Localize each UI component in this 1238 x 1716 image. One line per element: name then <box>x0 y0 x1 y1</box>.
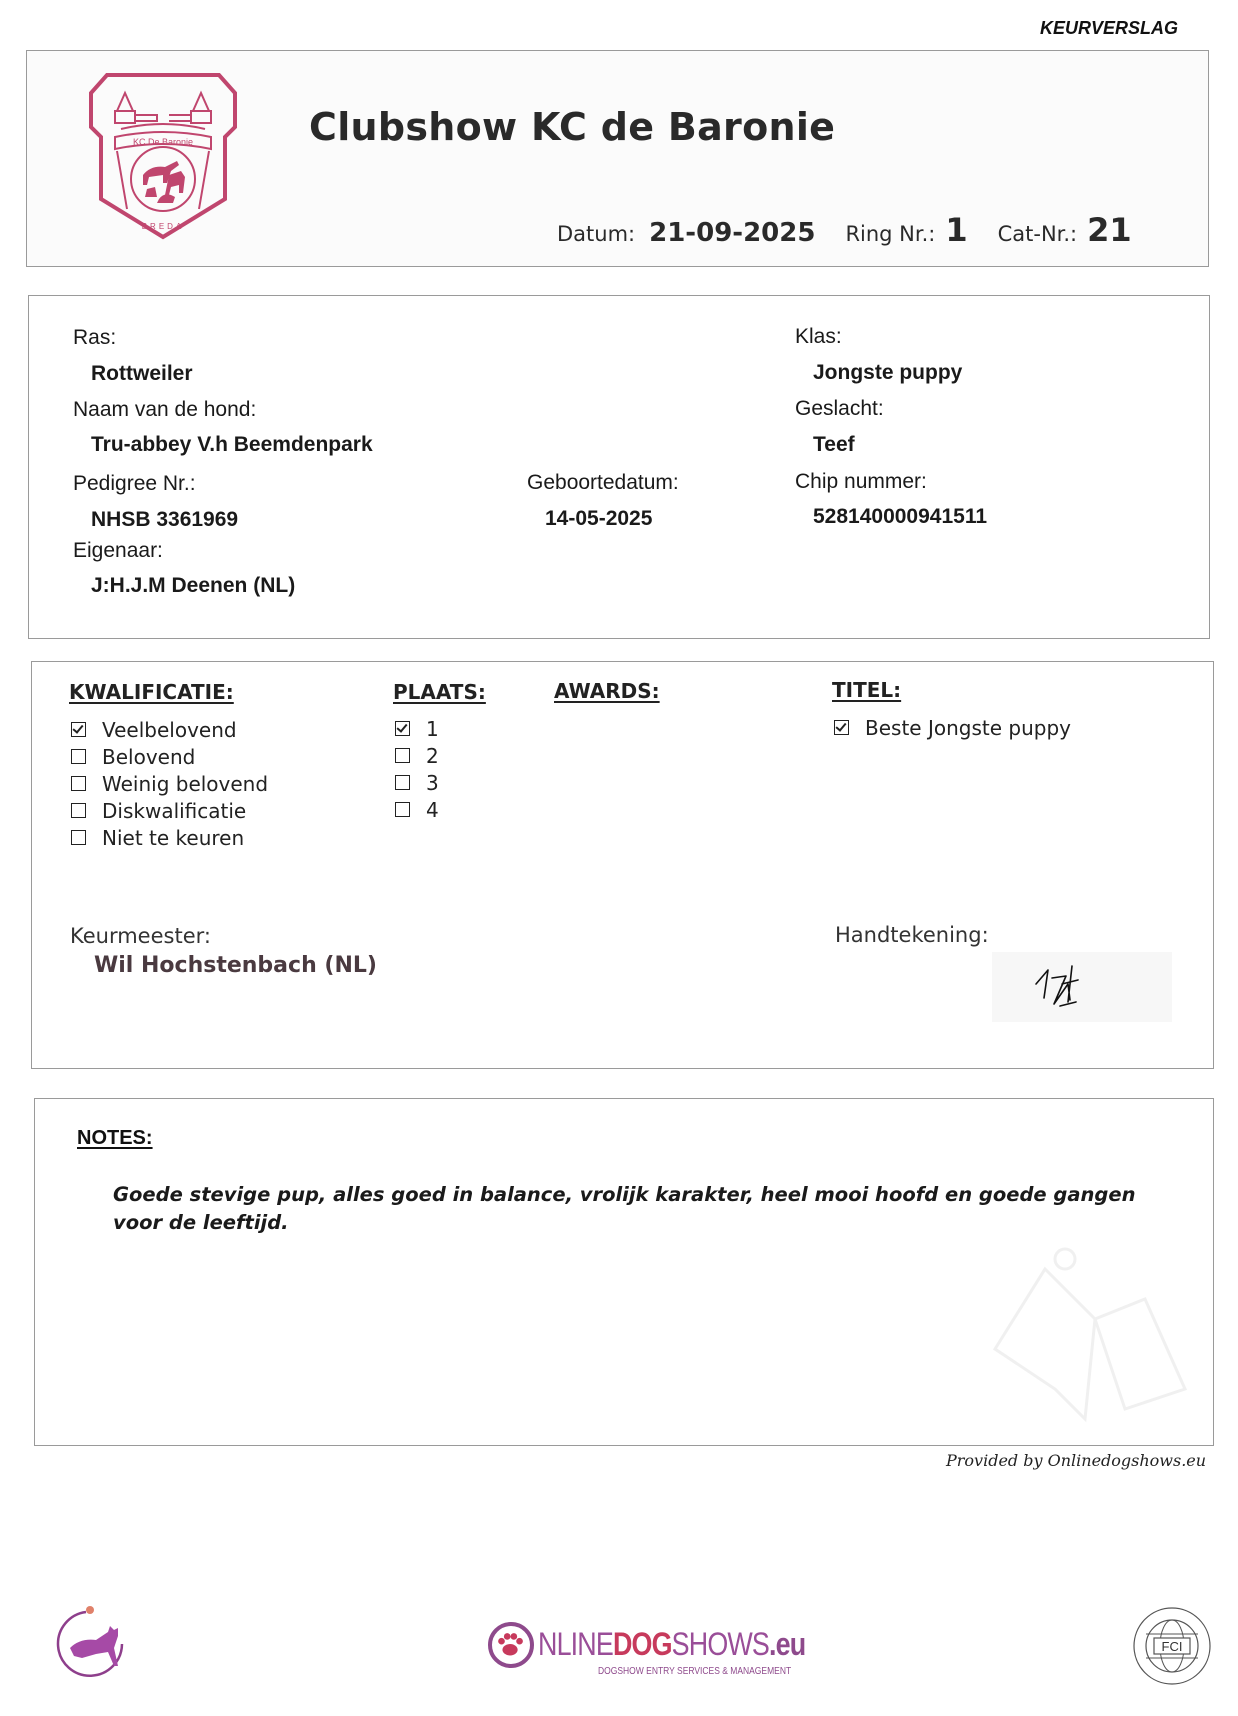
awards-header: AWARDS: <box>554 679 660 703</box>
qualification-option[interactable]: Belovend <box>71 743 268 770</box>
fci-globe-icon: FCI <box>1130 1604 1214 1688</box>
qualification-option[interactable]: Diskwalificatie <box>71 797 268 824</box>
judge-name: Wil Hochstenbach (NL) <box>94 953 377 978</box>
provided-by-text: Provided by Onlinedogshows.eu <box>946 1451 1206 1470</box>
checkbox[interactable] <box>834 720 849 735</box>
breed-value: Rottweiler <box>91 362 193 386</box>
handwritten-signature-icon <box>1032 954 1102 1014</box>
paw-icon <box>488 1622 534 1668</box>
qualification-header: KWALIFICATIE: <box>69 680 234 704</box>
svg-text:KC De Baronie: KC De Baronie <box>133 137 193 147</box>
checkbox[interactable] <box>395 721 410 736</box>
qualification-option[interactable]: Weinig belovend <box>71 770 268 797</box>
place-option[interactable]: 4 <box>395 796 439 823</box>
sex-label: Geslacht: <box>795 397 884 421</box>
place-header: PLAATS: <box>393 680 486 704</box>
judging-section: KWALIFICATIE: Veelbelovend Belovend Wein… <box>31 661 1214 1069</box>
birthdate-label: Geboortedatum: <box>527 471 679 495</box>
svg-text:BREDA: BREDA <box>142 222 185 231</box>
qualification-option[interactable]: Niet te keuren <box>71 824 268 851</box>
title-option[interactable]: Beste Jongste puppy <box>834 714 1071 741</box>
owner-label: Eigenaar: <box>73 539 163 563</box>
date-label: Datum: <box>557 222 635 246</box>
checkbox[interactable] <box>71 722 86 737</box>
dog-watermark-icon <box>975 1239 1195 1429</box>
class-value: Jongste puppy <box>813 361 962 385</box>
owner-value: J:H.J.M Deenen (NL) <box>91 574 295 598</box>
cat-value: 21 <box>1087 211 1132 249</box>
pedigree-label: Pedigree Nr.: <box>73 472 196 496</box>
notes-section: NOTES: Goede stevige pup, alles goed in … <box>34 1098 1214 1446</box>
place-option[interactable]: 3 <box>395 769 439 796</box>
qualification-option[interactable]: Veelbelovend <box>71 716 268 743</box>
birthdate-value: 14-05-2025 <box>545 507 652 531</box>
dog-info-section: Ras: Rottweiler Naam van de hond: Tru-ab… <box>28 295 1210 639</box>
notes-text: Goede stevige pup, alles goed in balance… <box>113 1181 1173 1237</box>
cat-label: Cat-Nr.: <box>998 222 1078 246</box>
leaping-dog-logo-icon <box>56 1604 130 1678</box>
dog-name-value: Tru-abbey V.h Beemdenpark <box>91 433 373 457</box>
notes-header: NOTES: <box>77 1127 153 1150</box>
breed-label: Ras: <box>73 326 116 350</box>
header-section: KC De Baronie BREDA Clubshow KC de Baron… <box>26 50 1209 267</box>
pedigree-value: NHSB 3361969 <box>91 508 238 532</box>
place-list: 1 2 3 4 <box>395 715 439 823</box>
show-meta: Datum: 21-09-2025 Ring Nr.: 1 Cat-Nr.: 2… <box>557 211 1132 249</box>
ring-label: Ring Nr.: <box>845 222 935 246</box>
checkbox[interactable] <box>71 749 86 764</box>
place-option[interactable]: 1 <box>395 715 439 742</box>
onlinedogshows-wordmark: NLINEDOGSHOWS.eu <box>538 1626 805 1663</box>
judge-label: Keurmeester: <box>70 924 211 948</box>
onlinedogshows-tagline: DOGSHOW ENTRY SERVICES & MANAGEMENT <box>598 1666 791 1677</box>
checkbox[interactable] <box>395 775 410 790</box>
title-list: Beste Jongste puppy <box>834 714 1071 741</box>
checkbox[interactable] <box>71 803 86 818</box>
checkbox[interactable] <box>395 802 410 817</box>
chip-label: Chip nummer: <box>795 470 927 494</box>
checkbox[interactable] <box>395 748 410 763</box>
class-label: Klas: <box>795 325 842 349</box>
svg-text:FCI: FCI <box>1162 1639 1183 1654</box>
club-crest-icon: KC De Baronie BREDA <box>85 71 241 243</box>
onlinedogshows-logo: NLINEDOGSHOWS.eu DOGSHOW ENTRY SERVICES … <box>488 1620 788 1682</box>
ring-value: 1 <box>945 211 967 249</box>
report-type-label: KEURVERSLAG <box>1040 18 1178 39</box>
dog-name-label: Naam van de hond: <box>73 398 256 422</box>
date-value: 21-09-2025 <box>649 218 815 248</box>
sex-value: Teef <box>813 433 855 457</box>
show-title: Clubshow KC de Baronie <box>309 105 835 149</box>
checkbox[interactable] <box>71 776 86 791</box>
place-option[interactable]: 2 <box>395 742 439 769</box>
signature-label: Handtekening: <box>835 923 989 947</box>
qualification-list: Veelbelovend Belovend Weinig belovend Di… <box>71 716 268 851</box>
checkbox[interactable] <box>71 830 86 845</box>
chip-value: 528140000941511 <box>813 505 987 529</box>
title-header: TITEL: <box>832 678 901 702</box>
